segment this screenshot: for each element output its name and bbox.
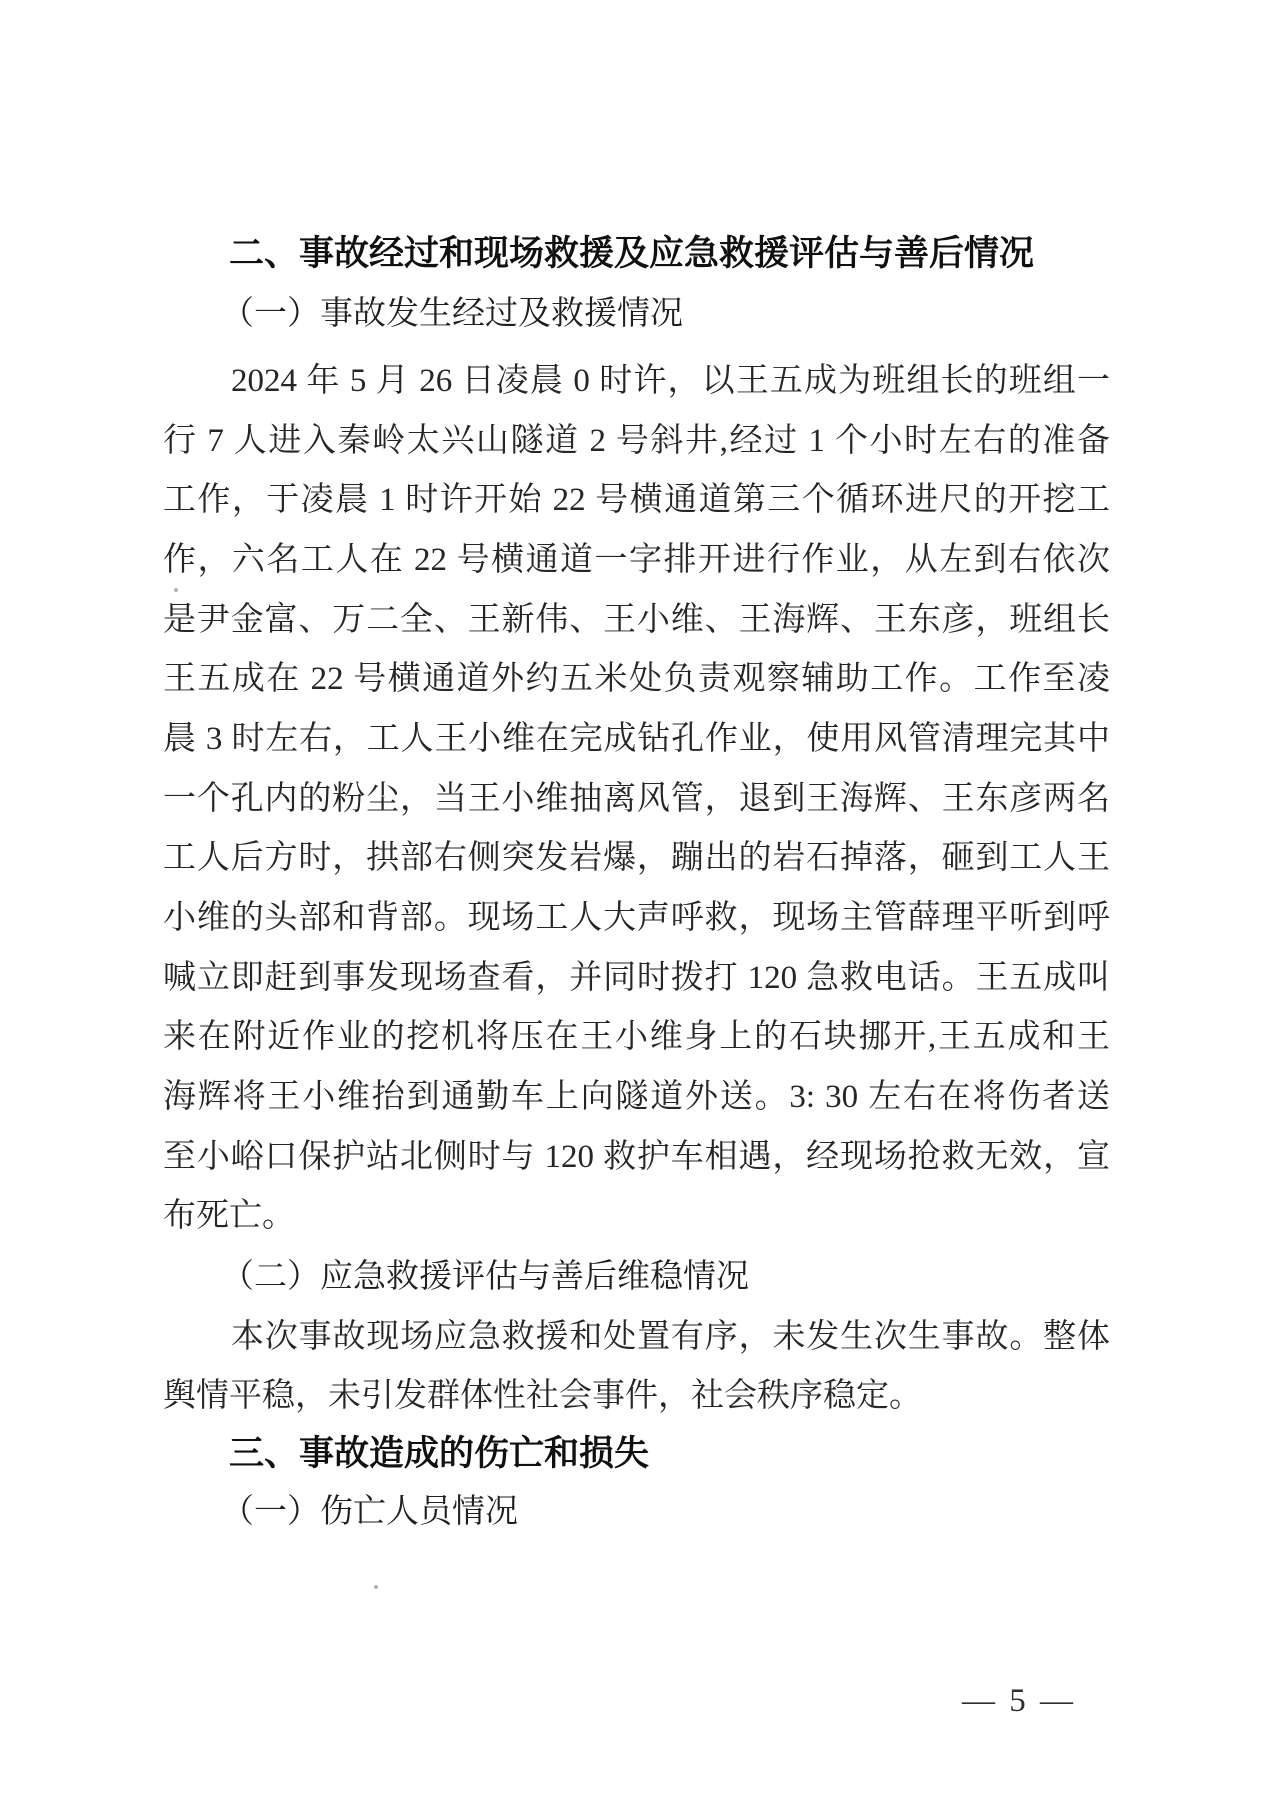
body-line: 至小峪口保护站北侧时与 120 救护车相遇，经现场抢救无效，宣 <box>163 1127 1110 1187</box>
document-page: 二、事故经过和现场救援及应急救援评估与善后情况 （一）事故发生经过及救援情况 2… <box>0 0 1280 1810</box>
scan-speck <box>374 1585 378 1589</box>
body-line: 是尹金富、万二全、王新伟、王小维、王海辉、王东彦，班组长 <box>163 590 1110 650</box>
subsection-heading-3-1: （一）伤亡人员情况 <box>163 1482 1110 1542</box>
body-line: 晨 3 时左右，工人王小维在完成钻孔作业，使用风管清理完其中 <box>163 709 1110 769</box>
section-heading-3: 三、事故造成的伤亡和损失 <box>163 1424 1110 1484</box>
body-line: 小维的头部和背部。现场工人大声呼救，现场主管薛理平听到呼 <box>163 888 1110 948</box>
page-number: — 5 — <box>962 1671 1076 1731</box>
body-line: 本次事故现场应急救援和处置有序，未发生次生事故。整体 <box>163 1307 1110 1367</box>
body-line: 来在附近作业的挖机将压在王小维身上的石块挪开,王五成和王 <box>163 1007 1110 1067</box>
body-line: 喊立即赶到事发现场查看，并同时拨打 120 急救电话。王五成叫 <box>163 948 1110 1008</box>
body-line: 舆情平稳，未引发群体性社会事件，社会秩序稳定。 <box>163 1366 1110 1426</box>
body-line: 工人后方时，拱部右侧突发岩爆，蹦出的岩石掉落，砸到工人王 <box>163 828 1110 888</box>
section-heading-2: 二、事故经过和现场救援及应急救援评估与善后情况 <box>163 224 1110 284</box>
body-line: 布死亡。 <box>163 1186 1110 1246</box>
subsection-heading-2-2: （二）应急救援评估与善后维稳情况 <box>163 1247 1110 1307</box>
body-line: 2024 年 5 月 26 日凌晨 0 时许，以王五成为班组长的班组一 <box>163 351 1110 411</box>
body-line: 行 7 人进入秦岭太兴山隧道 2 号斜井,经过 1 个小时左右的准备 <box>163 411 1110 471</box>
subsection-heading-2-1: （一）事故发生经过及救援情况 <box>163 284 1110 344</box>
body-line: 作，六名工人在 22 号横通道一字排开进行作业，从左到右依次 <box>163 530 1110 590</box>
body-line: 一个孔内的粉尘，当王小维抽离风管，退到王海辉、王东彦两名 <box>163 769 1110 829</box>
scan-speck <box>174 588 178 592</box>
body-line: 王五成在 22 号横通道外约五米处负责观察辅助工作。工作至凌 <box>163 649 1110 709</box>
body-line: 海辉将王小维抬到通勤车上向隧道外送。3: 30 左右在将伤者送 <box>163 1067 1110 1127</box>
body-line: 工作，于凌晨 1 时许开始 22 号横通道第三个循环进尺的开挖工 <box>163 470 1110 530</box>
